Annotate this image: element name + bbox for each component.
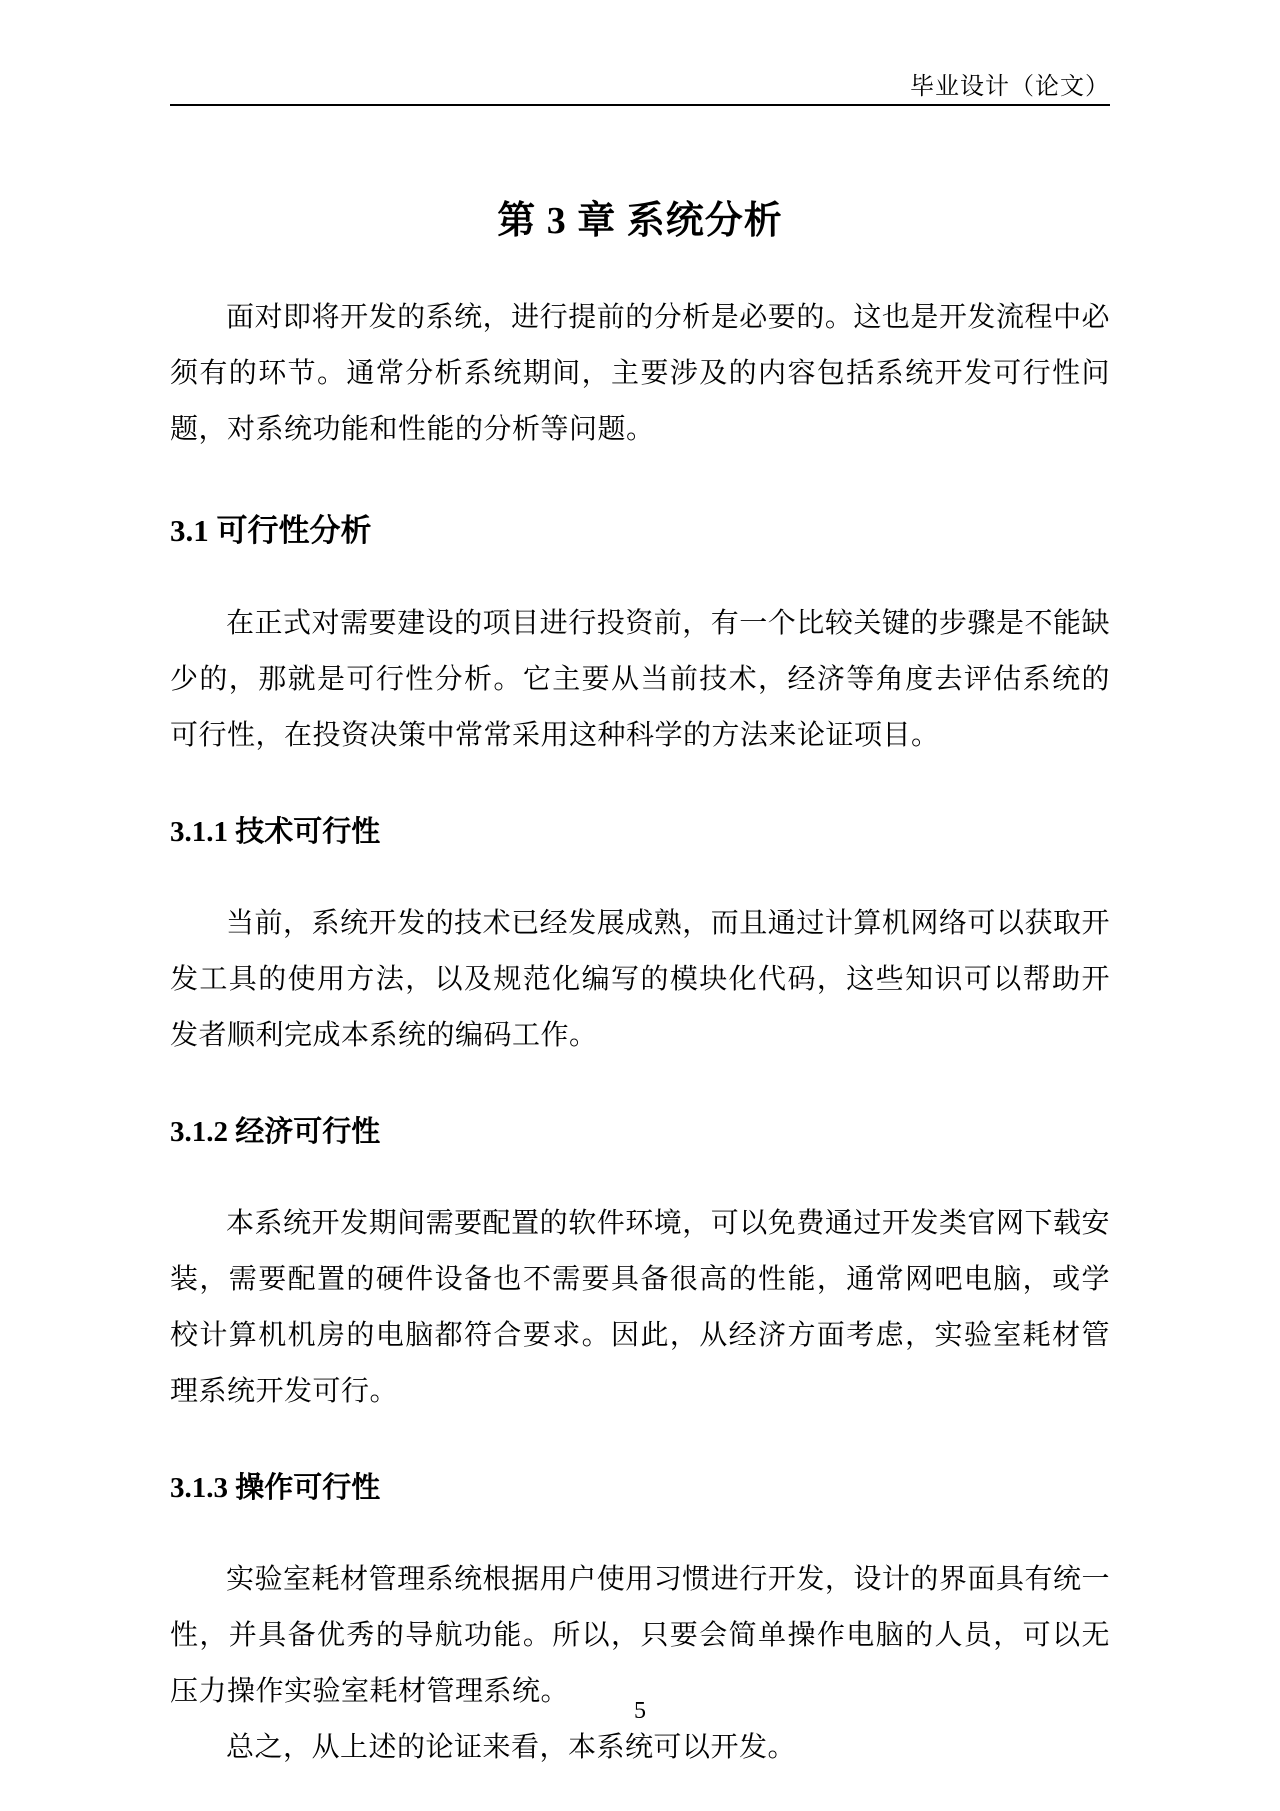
- page-header: 毕业设计（论文）: [170, 0, 1110, 106]
- section-heading-3-1-3: 3.1.3 操作可行性: [170, 1470, 1110, 1506]
- section-3-1-3-paragraph: 实验室耗材管理系统根据用户使用习惯进行开发，设计的界面具有统一性，并具备优秀的导…: [170, 1552, 1110, 1720]
- header-title: 毕业设计（论文）: [910, 72, 1110, 104]
- section-3-1-1-paragraph: 当前，系统开发的技术已经发展成熟，而且通过计算机网络可以获取开发工具的使用方法，…: [170, 896, 1110, 1064]
- document-page: 毕业设计（论文） 第 3 章 系统分析 面对即将开发的系统，进行提前的分析是必要…: [0, 0, 1280, 1811]
- section-3-1-paragraph: 在正式对需要建设的项目进行投资前，有一个比较关键的步骤是不能缺少的，那就是可行性…: [170, 596, 1110, 764]
- section-3-1-3-closing-paragraph: 总之，从上述的论证来看，本系统可以开发。: [170, 1720, 1110, 1776]
- section-heading-3-1-2: 3.1.2 经济可行性: [170, 1114, 1110, 1150]
- chapter-title: 第 3 章 系统分析: [170, 198, 1110, 244]
- section-heading-3-1: 3.1 可行性分析: [170, 512, 1110, 550]
- chapter-intro-paragraph: 面对即将开发的系统，进行提前的分析是必要的。这也是开发流程中必须有的环节。通常分…: [170, 290, 1110, 458]
- section-heading-3-1-1: 3.1.1 技术可行性: [170, 814, 1110, 850]
- page-content: 毕业设计（论文） 第 3 章 系统分析 面对即将开发的系统，进行提前的分析是必要…: [170, 0, 1110, 1776]
- page-number: 5: [634, 1698, 646, 1724]
- page-footer: 5: [0, 1697, 1280, 1725]
- section-3-1-2-paragraph: 本系统开发期间需要配置的软件环境，可以免费通过开发类官网下载安装，需要配置的硬件…: [170, 1196, 1110, 1420]
